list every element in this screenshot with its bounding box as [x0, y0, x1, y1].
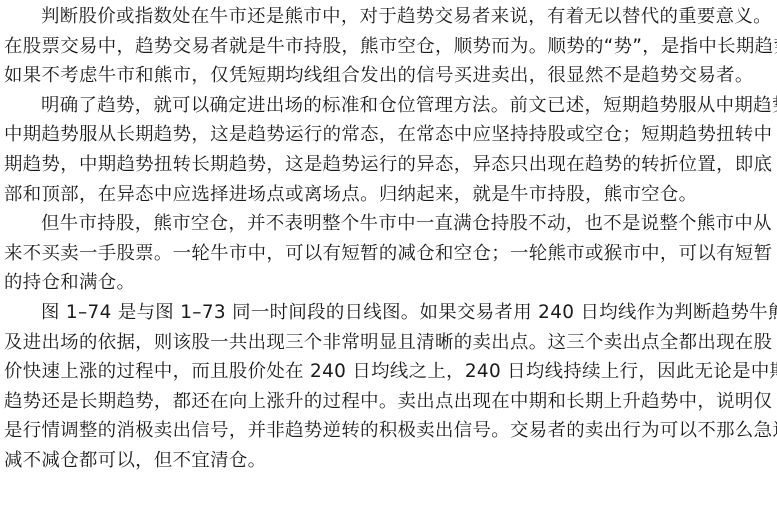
text-line: 减不减仓都可以，但不宜清仓。	[4, 446, 774, 476]
text-line: 的持仓和满仓。	[4, 268, 774, 298]
text-line: 明确了趋势，就可以确定进出场的标准和仓位管理方法。前文已述，短期趋势服从中期趋势…	[4, 91, 774, 121]
text-line: 图 1–74 是与图 1–73 同一时间段的日线图。如果交易者用 240 日均线…	[4, 298, 774, 328]
paragraph-bull-bear-holding: 但牛市持股，熊市空仓，并不表明整个牛市中一直满仓持股不动，也不是说整个熊市中从 …	[4, 209, 774, 298]
paragraph-figure-1-74: 图 1–74 是与图 1–73 同一时间段的日线图。如果交易者用 240 日均线…	[4, 298, 774, 476]
text-line: 来不买卖一手股票。一轮牛市中，可以有短暂的减仓和空仓；一轮熊市或猴市中，可以有短…	[4, 239, 774, 269]
text-line: 中期趋势服从长期趋势，这是趋势运行的常态，在常态中应坚持持股或空仓；短期趋势扭转…	[4, 120, 774, 150]
text-line: 判断股价或指数处在牛市还是熊市中，对于趋势交易者来说，有着无以替代的重要意义。	[4, 2, 774, 32]
text-line: 趋势还是长期趋势，都还在向上涨升的过程中。卖出点出现在中期和长期上升趋势中，说明…	[4, 387, 774, 417]
text-line: 价快速上涨的过程中，而且股价处在 240 日均线之上，240 日均线持续上行，因…	[4, 357, 774, 387]
paragraph-trend-importance: 判断股价或指数处在牛市还是熊市中，对于趋势交易者来说，有着无以替代的重要意义。 …	[4, 2, 774, 91]
text-line: 如果不考虑牛市和熊市，仅凭短期均线组合发出的信号买进卖出，很显然不是趋势交易者。	[4, 61, 774, 91]
text-line: 及进出场的依据，则该股一共出现三个非常明显且清晰的卖出点。这三个卖出点全都出现在…	[4, 328, 774, 358]
text-line: 部和顶部，在异态中应选择进场点或离场点。归纳起来，就是牛市持股，熊市空仓。	[4, 180, 774, 210]
text-line: 在股票交易中，趋势交易者就是牛市持股，熊市空仓，顺势而为。顺势的“势”，是指中长…	[4, 32, 774, 62]
text-line: 期趋势，中期趋势扭转长期趋势，这是趋势运行的异态，异态只出现在趋势的转折位置，即…	[4, 150, 774, 180]
paragraph-position-management: 明确了趋势，就可以确定进出场的标准和仓位管理方法。前文已述，短期趋势服从中期趋势…	[4, 91, 774, 209]
text-line: 是行情调整的消极卖出信号，并非趋势逆转的积极卖出信号。交易者的卖出行为可以不那么…	[4, 416, 774, 446]
book-page: 判断股价或指数处在牛市还是熊市中，对于趋势交易者来说，有着无以替代的重要意义。 …	[4, 2, 774, 476]
text-line: 但牛市持股，熊市空仓，并不表明整个牛市中一直满仓持股不动，也不是说整个熊市中从	[4, 209, 774, 239]
